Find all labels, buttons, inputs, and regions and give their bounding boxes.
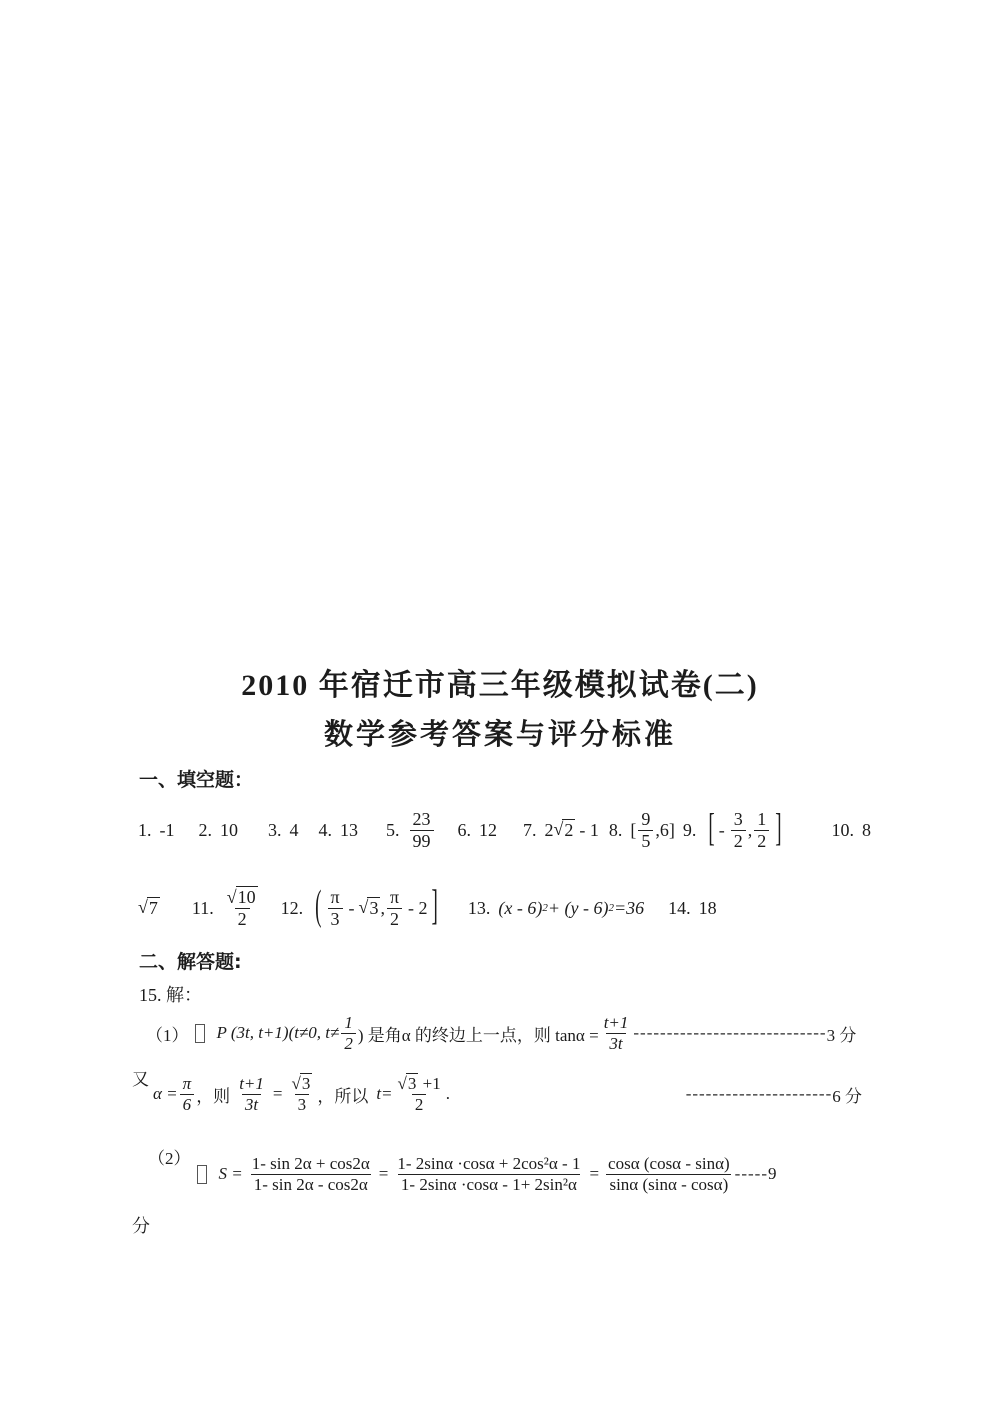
radicand: 3 xyxy=(367,897,380,919)
answer-value: -1 xyxy=(160,820,175,841)
step-label: （2） xyxy=(148,1144,191,1169)
expression-part: α = xyxy=(153,1084,178,1104)
fraction: 32 xyxy=(731,809,746,850)
fraction-numerator: π xyxy=(180,1074,195,1093)
answer-item-12: 12.(π3-√3,π2- 2] xyxy=(281,887,442,928)
radicand: 3 xyxy=(300,1073,313,1093)
fraction: 1- 2sinα ·cosα + 2cos²α - 11- 2sinα ·cos… xyxy=(394,1154,583,1193)
fraction-numerator: cosα (cosα - sinα) xyxy=(605,1154,733,1173)
left-bracket: [ xyxy=(630,820,636,841)
solution-line-3: （2） S = 1- sin 2α + cos2α1- sin 2α - cos… xyxy=(148,1136,776,1212)
answer-number: 1. xyxy=(138,820,152,841)
fraction-denominator: 3 xyxy=(328,908,343,929)
fraction: 95 xyxy=(638,809,653,850)
score-dashes: ---------------------- xyxy=(686,1084,833,1104)
answer-number: 2. xyxy=(199,820,213,841)
answer-item-11: 11.√102 xyxy=(192,887,263,928)
answer-item-8: 8.[95,6] xyxy=(609,809,675,850)
fraction: 2399 xyxy=(410,809,434,850)
answer-number: 9. xyxy=(683,820,697,841)
fraction-numerator: 9 xyxy=(638,809,653,829)
fraction: t+13t xyxy=(236,1074,267,1113)
fraction: 1- sin 2α + cos2α1- sin 2α - cos2α xyxy=(249,1154,373,1193)
answer-item-5: 5.2399 xyxy=(386,809,436,850)
answer-value: 18 xyxy=(699,898,717,919)
section1-heading: 一、填空题： xyxy=(139,765,253,792)
fraction-denominator: 5 xyxy=(638,830,653,851)
fraction-numerator: 23 xyxy=(410,809,434,829)
expression-part: t= xyxy=(376,1084,392,1104)
answers-row-1: 1.-1 2.10 3.4 4.13 5.2399 6.12 7.2√2- 1 … xyxy=(138,792,871,868)
answer-number: 14. xyxy=(668,898,691,919)
expression-part: + (y - 6) xyxy=(548,898,609,919)
answers-row-2: √7 11.√102 12.(π3-√3,π2- 2] 13.(x - 6)2 … xyxy=(138,872,717,944)
answer-number: 8. xyxy=(609,820,623,841)
step-label: （1） xyxy=(146,1021,189,1046)
statement-text: ) 是角α 的终边上一点，则 tanα = xyxy=(358,1021,599,1046)
score-label-wrapped: 分 xyxy=(132,1212,150,1238)
answer-number: 10. xyxy=(832,820,855,841)
answer-number: 13. xyxy=(468,898,491,919)
answer-item-6: 6.12 xyxy=(458,820,498,841)
sqrt-expression: √2 xyxy=(554,819,576,841)
fraction-numerator: √3 +1 xyxy=(395,1074,444,1093)
score-dashes: ----- xyxy=(735,1164,768,1184)
answer-item-10: 10.8 xyxy=(832,820,872,841)
radicand: 2 xyxy=(562,819,575,841)
fraction-denominator: 2 xyxy=(235,908,250,929)
fraction-numerator: 1- 2sinα ·cosα + 2cos²α - 1 xyxy=(394,1154,583,1173)
answer-item-13: 13.(x - 6)2 + (y - 6)2 =36 xyxy=(468,898,644,919)
fraction-numerator: √10 xyxy=(224,887,261,907)
minus-sign: - xyxy=(719,820,725,841)
solution-line-2: 又 α = π6 ，则 t+13t = √33 ，所以 t= √3 +12 . … xyxy=(132,1061,862,1127)
fraction: π2 xyxy=(387,887,402,928)
fraction-numerator: 1- sin 2α + cos2α xyxy=(249,1154,373,1173)
score-dashes: ----------------------------- xyxy=(633,1023,826,1043)
answer-item-7: 7.2√2- 1 xyxy=(523,819,599,841)
fraction: π6 xyxy=(180,1074,195,1113)
answer-item-9: 9.[-32,12] xyxy=(683,809,786,850)
fraction-numerator: π xyxy=(327,887,342,907)
expression-part: (x - 6) xyxy=(498,898,542,919)
expression-part: +1 xyxy=(418,1074,440,1093)
equals-sign: = xyxy=(379,1164,389,1184)
answer-value: - 1 xyxy=(579,820,599,841)
expression-part: =36 xyxy=(614,898,644,919)
solution-line-1: （1） P (3t, t+1)(t≠0, t≠ 12 ) 是角α 的终边上一点，… xyxy=(146,1003,856,1063)
radicand: 7 xyxy=(147,897,160,919)
answer-item-3: 3.4 xyxy=(268,820,299,841)
fraction-numerator: 1 xyxy=(754,809,769,829)
fraction-numerator: t+1 xyxy=(236,1074,267,1093)
comma: , xyxy=(748,820,753,841)
fraction: cosα (cosα - sinα)sinα (sinα - cosα) xyxy=(605,1154,733,1193)
fraction-denominator: 99 xyxy=(410,830,434,851)
fraction-denominator: 2 xyxy=(754,830,769,851)
fraction-denominator: 3 xyxy=(295,1094,310,1114)
statement-text: ，所以 xyxy=(317,1082,368,1107)
right-bracket: ] xyxy=(775,807,781,852)
fraction: 12 xyxy=(754,809,769,850)
fraction: √33 xyxy=(288,1074,315,1113)
fraction-denominator: 3t xyxy=(242,1094,261,1114)
left-bracket: [ xyxy=(708,807,714,852)
document-page: 2010 年宿迁市高三年级模拟试卷(二) 数学参考答案与评分标准 一、填空题： … xyxy=(0,0,1000,1415)
section2-heading: 二、解答题: xyxy=(139,947,242,974)
score-label: 3 分 xyxy=(827,1021,857,1046)
fraction-denominator: 2 xyxy=(412,1094,427,1114)
fraction-denominator: 6 xyxy=(180,1094,195,1114)
answer-value: 10 xyxy=(220,820,238,841)
answer-number: 12. xyxy=(281,898,304,919)
comma: , xyxy=(380,898,385,919)
equals-sign: = xyxy=(273,1084,283,1104)
fraction: 12 xyxy=(341,1013,356,1052)
answer-number: 11. xyxy=(192,898,214,919)
answer-item-4: 4.13 xyxy=(319,820,359,841)
answer-value: 8 xyxy=(862,820,871,841)
fraction-denominator: 1- 2sinα ·cosα - 1+ 2sin²α xyxy=(398,1174,580,1194)
expression-part: S = xyxy=(219,1164,243,1184)
minus-sign: - xyxy=(349,898,355,919)
fraction-numerator: t+1 xyxy=(601,1013,632,1032)
answer-number: 3. xyxy=(268,820,282,841)
answer-value: 13 xyxy=(340,820,358,841)
answer-value: 12 xyxy=(479,820,497,841)
page-subtitle: 数学参考答案与评分标准 xyxy=(0,712,1000,753)
answer-value: - 2 xyxy=(408,898,428,919)
radicand: 10 xyxy=(236,886,258,907)
statement-text: ，则 xyxy=(196,1082,230,1107)
answer-item-10-continued: √7 xyxy=(138,897,160,919)
fraction-numerator: π xyxy=(387,887,402,907)
left-paren: ( xyxy=(315,884,321,932)
fraction-denominator: 3t xyxy=(606,1033,625,1053)
answer-item-1: 1.-1 xyxy=(138,820,175,841)
answer-value: ,6] xyxy=(655,820,675,841)
fraction-numerator: 3 xyxy=(731,809,746,829)
answer-number: 5. xyxy=(386,820,400,841)
fraction-numerator: √3 xyxy=(288,1074,315,1093)
fraction-denominator: 2 xyxy=(731,830,746,851)
fraction-denominator: 1- sin 2α - cos2α xyxy=(251,1174,371,1194)
fraction-denominator: sinα (sinα - cosα) xyxy=(606,1174,731,1194)
expression-part: P (3t, t+1)(t≠0, t≠ xyxy=(217,1023,340,1043)
score-label: 6 分 xyxy=(832,1082,862,1107)
fraction: √102 xyxy=(224,887,261,928)
answer-number: 6. xyxy=(458,820,472,841)
answer-item-14: 14.18 xyxy=(668,898,717,919)
fraction: √3 +12 xyxy=(395,1074,444,1113)
coefficient: 2 xyxy=(545,820,554,841)
sqrt-expression: √3 xyxy=(359,897,381,919)
fraction-denominator: 2 xyxy=(341,1033,356,1053)
radicand: 3 xyxy=(406,1073,419,1093)
equals-sign: = xyxy=(589,1164,599,1184)
answer-number: 4. xyxy=(319,820,333,841)
score-label: 9 xyxy=(768,1164,777,1184)
fraction-denominator: 2 xyxy=(387,908,402,929)
page-title: 2010 年宿迁市高三年级模拟试卷(二) xyxy=(0,660,1000,704)
fraction: π3 xyxy=(327,887,342,928)
answer-item-2: 2.10 xyxy=(199,820,239,841)
period: . xyxy=(446,1084,450,1104)
fraction-numerator: 1 xyxy=(341,1013,356,1032)
missing-glyph-box xyxy=(195,1024,205,1043)
answer-value: 4 xyxy=(290,820,299,841)
right-bracket: ] xyxy=(432,884,438,932)
answer-number: 7. xyxy=(523,820,537,841)
fraction: t+13t xyxy=(601,1013,632,1052)
sqrt-expression: √7 xyxy=(138,897,160,919)
missing-glyph-box xyxy=(197,1165,207,1184)
connective-text: 又 xyxy=(132,1065,149,1090)
